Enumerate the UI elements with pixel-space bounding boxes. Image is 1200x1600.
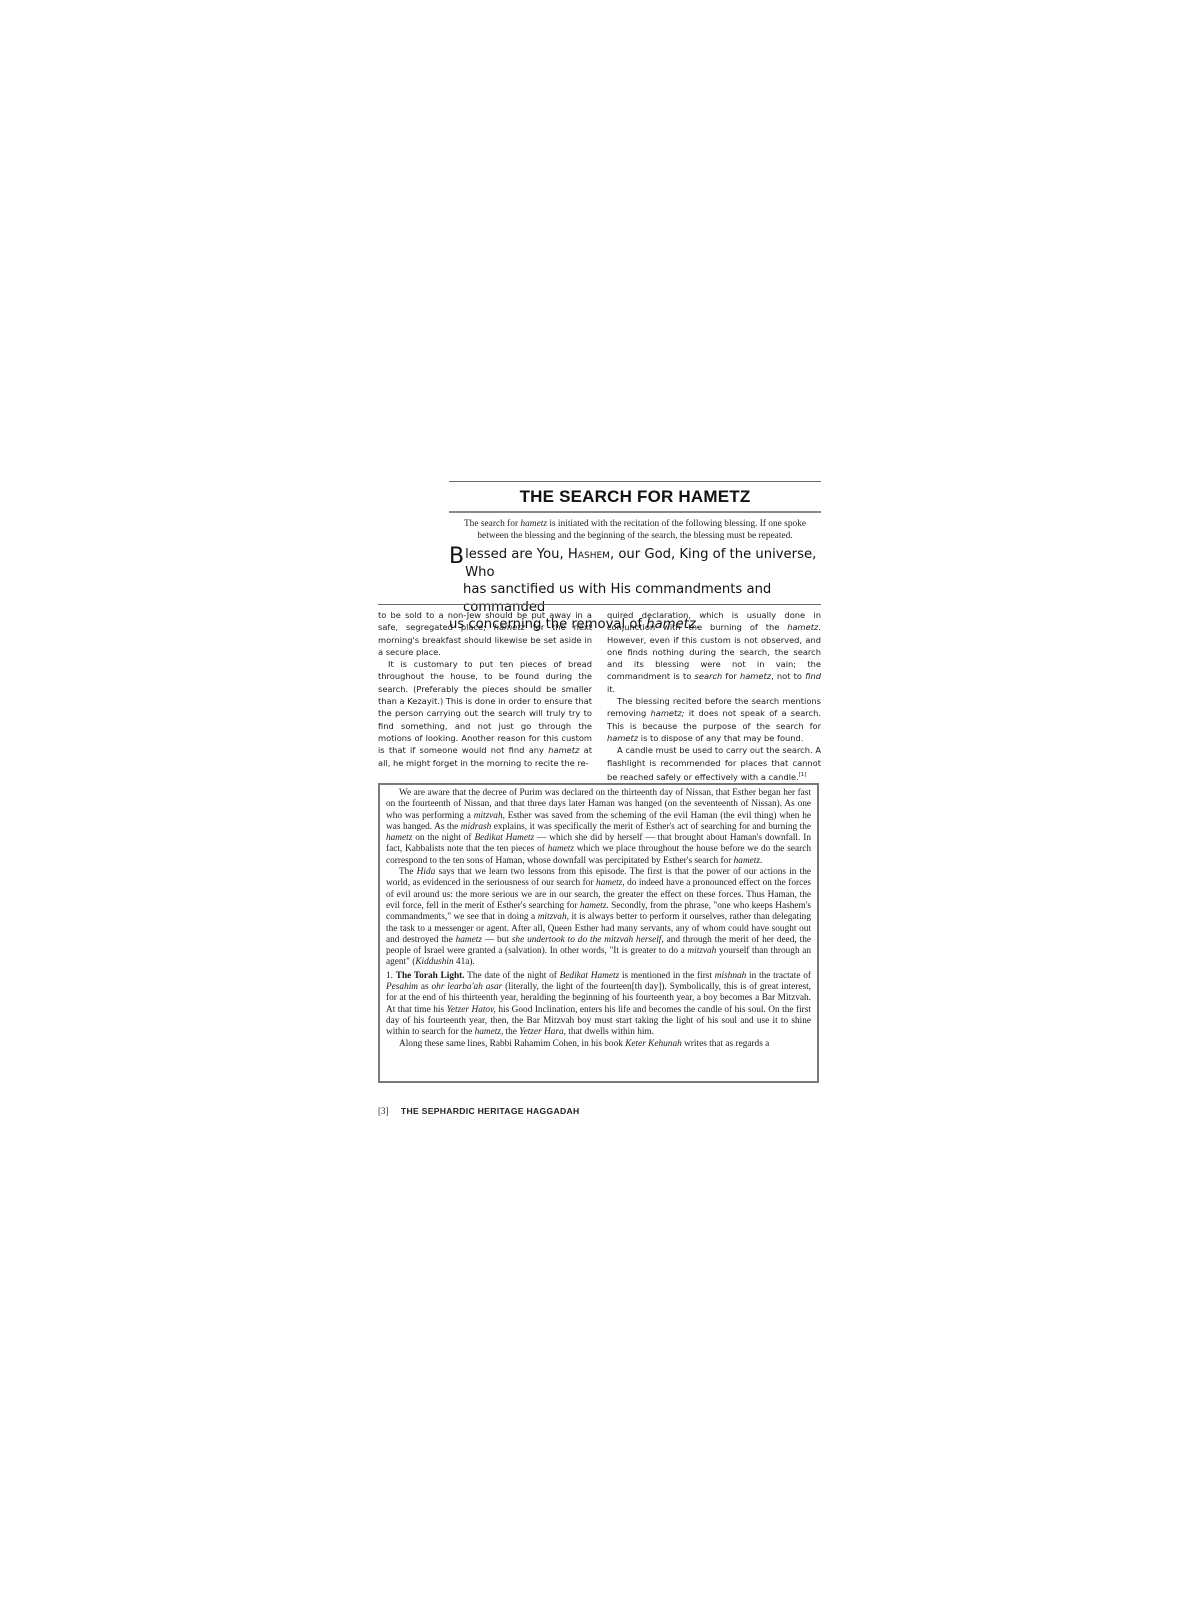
paragraph: quired declaration, which is usually don…: [607, 609, 821, 695]
drop-cap: B: [449, 548, 464, 565]
paragraph: to be sold to a non-Jew should be put aw…: [378, 609, 592, 658]
footnote-reference: [1]: [799, 772, 807, 778]
running-title: THE SEPHARDIC HERITAGE HAGGADAH: [401, 1106, 580, 1116]
commentary-box: We are aware that the decree of Purim wa…: [378, 783, 819, 1083]
top-rule: [449, 481, 821, 482]
page-title: THE SEARCH FOR HAMETZ: [449, 487, 821, 507]
paragraph: It is customary to put ten pieces of bre…: [378, 658, 592, 769]
instruction-text: The search for hametz is initiated with …: [449, 518, 821, 542]
section-divider-rule: [378, 604, 821, 605]
commentary-paragraph: The Hida says that we learn two lessons …: [386, 867, 811, 969]
two-column-body: to be sold to a non-Jew should be put aw…: [378, 609, 821, 783]
paragraph: A candle must be used to carry out the s…: [607, 744, 821, 783]
commentary-paragraph: Along these same lines, Rabbi Rahamim Co…: [386, 1039, 811, 1050]
commentary-paragraph: We are aware that the decree of Purim wa…: [386, 788, 811, 867]
footnote-1: 1. The Torah Light. The date of the nigh…: [386, 971, 811, 1039]
page-footer: [3] THE SEPHARDIC HERITAGE HAGGADAH: [378, 1106, 580, 1116]
document-page: THE SEARCH FOR HAMETZ The search for ham…: [0, 0, 1200, 1600]
page-number: [3]: [378, 1106, 389, 1116]
title-underline-rule: [449, 511, 821, 513]
paragraph: The blessing recited before the search m…: [607, 695, 821, 744]
left-column: to be sold to a non-Jew should be put aw…: [378, 609, 592, 783]
right-column: quired declaration, which is usually don…: [607, 609, 821, 783]
